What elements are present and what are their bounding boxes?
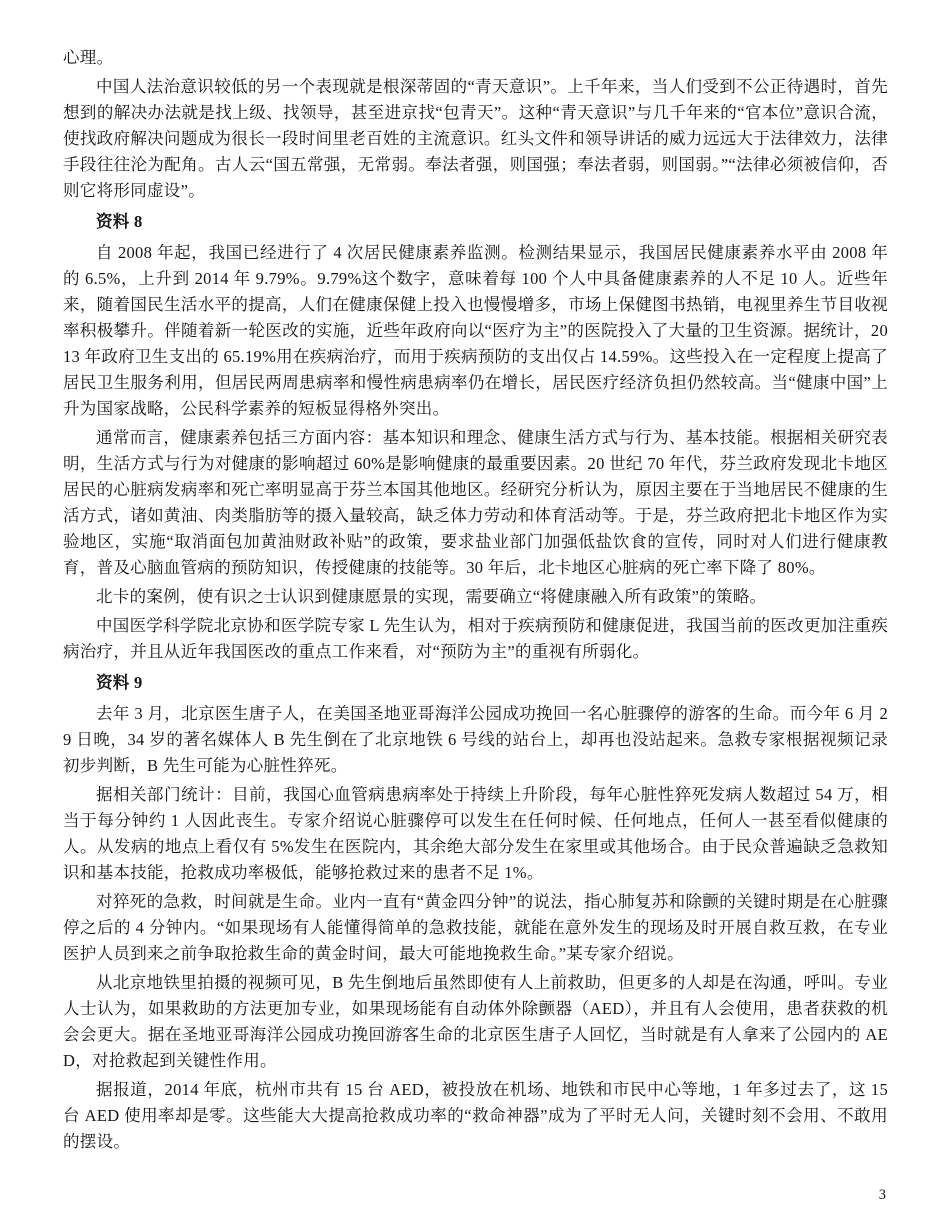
document-page: 心理。 中国人法治意识较低的另一个表现就是根深蒂固的“青天意识”。上千年来，当人… [0, 0, 950, 1230]
paragraph: 据相关部门统计：目前，我国心血管病患病率处于持续上升阶段，每年心脏性猝死发病人数… [63, 782, 888, 886]
paragraph: 中国医学科学院北京协和医学院专家 L 先生认为，相对于疾病预防和健康促进，我国当… [63, 613, 888, 665]
paragraph: 中国人法治意识较低的另一个表现就是根深蒂固的“青天意识”。上千年来，当人们受到不… [63, 74, 888, 204]
page-number: 3 [879, 1187, 886, 1204]
paragraph: 自 2008 年起，我国已经进行了 4 次居民健康素养监测。检测结果显示，我国居… [63, 240, 888, 422]
paragraph: 北卡的案例，使有识之士认识到健康愿景的实现，需要确立“将健康融入所有政策”的策略… [63, 584, 888, 610]
paragraph: 据报道，2014 年底，杭州市共有 15 台 AED，被投放在机场、地铁和市民中… [63, 1077, 888, 1155]
paragraph: 对猝死的急救，时间就是生命。业内一直有“黄金四分钟”的说法，指心肺复苏和除颤的关… [63, 889, 888, 967]
page-continuation-paragraph: 心理。 [63, 45, 888, 71]
paragraph: 通常而言，健康素养包括三方面内容：基本知识和理念、健康生活方式与行为、基本技能。… [63, 425, 888, 581]
paragraph: 从北京地铁里拍摄的视频可见，B 先生倒地后虽然即使有人上前救助，但更多的人却是在… [63, 970, 888, 1074]
section-heading-ziliao-8: 资料 8 [63, 209, 888, 235]
paragraph: 去年 3 月，北京医生唐子人，在美国圣地亚哥海洋公园成功挽回一名心脏骤停的游客的… [63, 701, 888, 779]
section-heading-ziliao-9: 资料 9 [63, 670, 888, 696]
